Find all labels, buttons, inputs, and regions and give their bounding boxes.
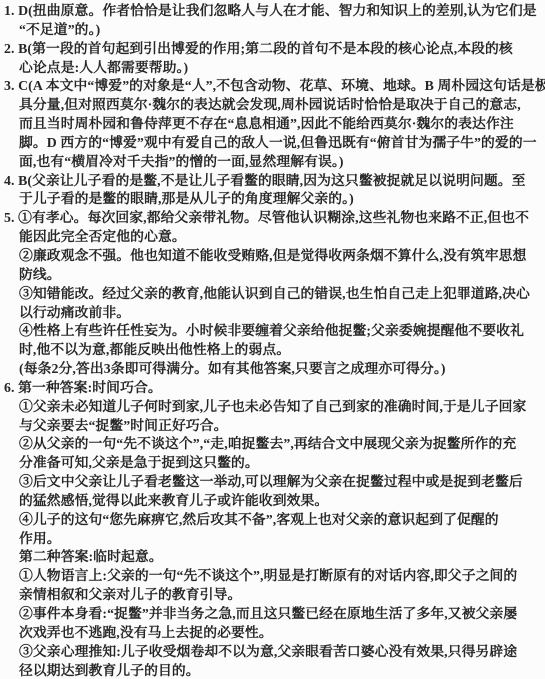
text-line: (每条2分,答出3条即可得满分。如有其他答案,只要言之成理亦可得分。) bbox=[0, 360, 545, 379]
text-line: 第二种答案:临时起意。 bbox=[0, 548, 545, 567]
text-line: ①父亲未必知道儿子何时到家,儿子也未必告知了自己到家的准确时间,于是儿子回家 bbox=[0, 398, 545, 417]
text-line: 面,也有“横眉冷对千夫指”的憎的一面,显然理解有误。) bbox=[0, 153, 545, 172]
answer-key-page: 1. D(扭曲原意。作者恰恰是让我们忽略人与人在才能、智力和知识上的差别,认为它… bbox=[0, 0, 545, 679]
text-line: 具分量,但对照西莫尔·魏尔的表达就会发现,周朴园说话时恰恰是取决于自己的意志, bbox=[0, 96, 545, 115]
text-line: 以行动痛改前非。 bbox=[0, 304, 545, 323]
text-line: 与父亲要去“捉鳖”时间正好巧合。 bbox=[0, 417, 545, 436]
text-line: 6. 第一种答案:时间巧合。 bbox=[0, 379, 545, 398]
text-line: 心论点是:人人都需要帮助。) bbox=[0, 59, 545, 78]
text-line: ②事件本身看:“捉鳖”并非当务之急,而且这只鳖已经在原地生活了多年,又被父亲屡 bbox=[0, 605, 545, 624]
text-line: 脚。D 西方的“博爱”观中有爱自己的敌人一说,但鲁迅既有“俯首甘为孺子牛”的爱的… bbox=[0, 134, 545, 153]
text-line: ③知错能改。经过父亲的教育,他能认识到自己的错误,也生怕自己走上犯罪道路,决心 bbox=[0, 285, 545, 304]
text-line: ②廉政观念不强。他也知道不能收受贿赂,但是觉得收两条烟不算什么,没有筑牢思想 bbox=[0, 247, 545, 266]
text-line: 于儿子看的是鳖的眼睛,那是从儿子的角度理解父亲的。) bbox=[0, 190, 545, 209]
text-line: “不足道”的。) bbox=[0, 21, 545, 40]
text-line: 分准备可知,父亲是急于捉到这只鳖的。 bbox=[0, 454, 545, 473]
text-line: 时,他不以为意,都能反映出他性格上的弱点。 bbox=[0, 341, 545, 360]
text-line: 径以期达到教育儿子的目的。 bbox=[0, 662, 545, 679]
text-line: ④性格上有些许任性妄为。小时候非要缠着父亲给他捉鳖;父亲委婉提醒他不要收礼 bbox=[0, 322, 545, 341]
text-line: 而且当时周朴园和鲁侍萍更不存在“息息相通”,因此不能给西莫尔·魏尔的表达作注 bbox=[0, 115, 545, 134]
text-line: 4. B(父亲让儿子看的是鳖,不是让儿子看鳖的眼睛,因为这只鳖被捉就足以说明问题… bbox=[0, 172, 545, 191]
text-line: 1. D(扭曲原意。作者恰恰是让我们忽略人与人在才能、智力和知识上的差别,认为它… bbox=[0, 2, 545, 21]
text-line: ③父亲心理推知:儿子收受烟卷却不以为意,父亲眼看苦口婆心没有效果,只得另辟途 bbox=[0, 643, 545, 662]
text-line: 次戏弄也不逃跑,没有马上去捉的必要性。 bbox=[0, 624, 545, 643]
text-line: 防线。 bbox=[0, 266, 545, 285]
text-line: 的猛然感悟,觉得以此来教育儿子或许能收到效果。 bbox=[0, 492, 545, 511]
text-line: 能因此完全否定他的心意。 bbox=[0, 228, 545, 247]
text-line: 2. B(第一段的首句起到引出博爱的作用;第二段的首句不是本段的核心论点,本段的… bbox=[0, 40, 545, 59]
text-line: ④儿子的这句“您先麻痹它,然后攻其不备”,客观上也对父亲的意识起到了促醒的 bbox=[0, 511, 545, 530]
text-line: 3. C(A 本文中“博爱”的对象是“人”,不包含动物、花草、环境、地球。B 周… bbox=[0, 77, 545, 96]
text-line: 作用。 bbox=[0, 530, 545, 549]
text-line: ②从父亲的一句“先不谈这个”,“走,咱捉鳖去”,再结合文中展现父亲为捉鳖所作的充 bbox=[0, 435, 545, 454]
text-line: ③后文中父亲让儿子看老鳖这一举动,可以理解为父亲在捉鳖过程中或是捉到老鳖后 bbox=[0, 473, 545, 492]
text-line: 5. ①有孝心。每次回家,都给父亲带礼物。尽管他认识糊涂,这些礼物也来路不正,但… bbox=[0, 209, 545, 228]
text-line: 亲情相叙和父亲对儿子的教育引导。 bbox=[0, 586, 545, 605]
text-line: ①人物语言上:父亲的一句“先不谈这个”,明显是打断原有的对话内容,即父子之间的 bbox=[0, 567, 545, 586]
